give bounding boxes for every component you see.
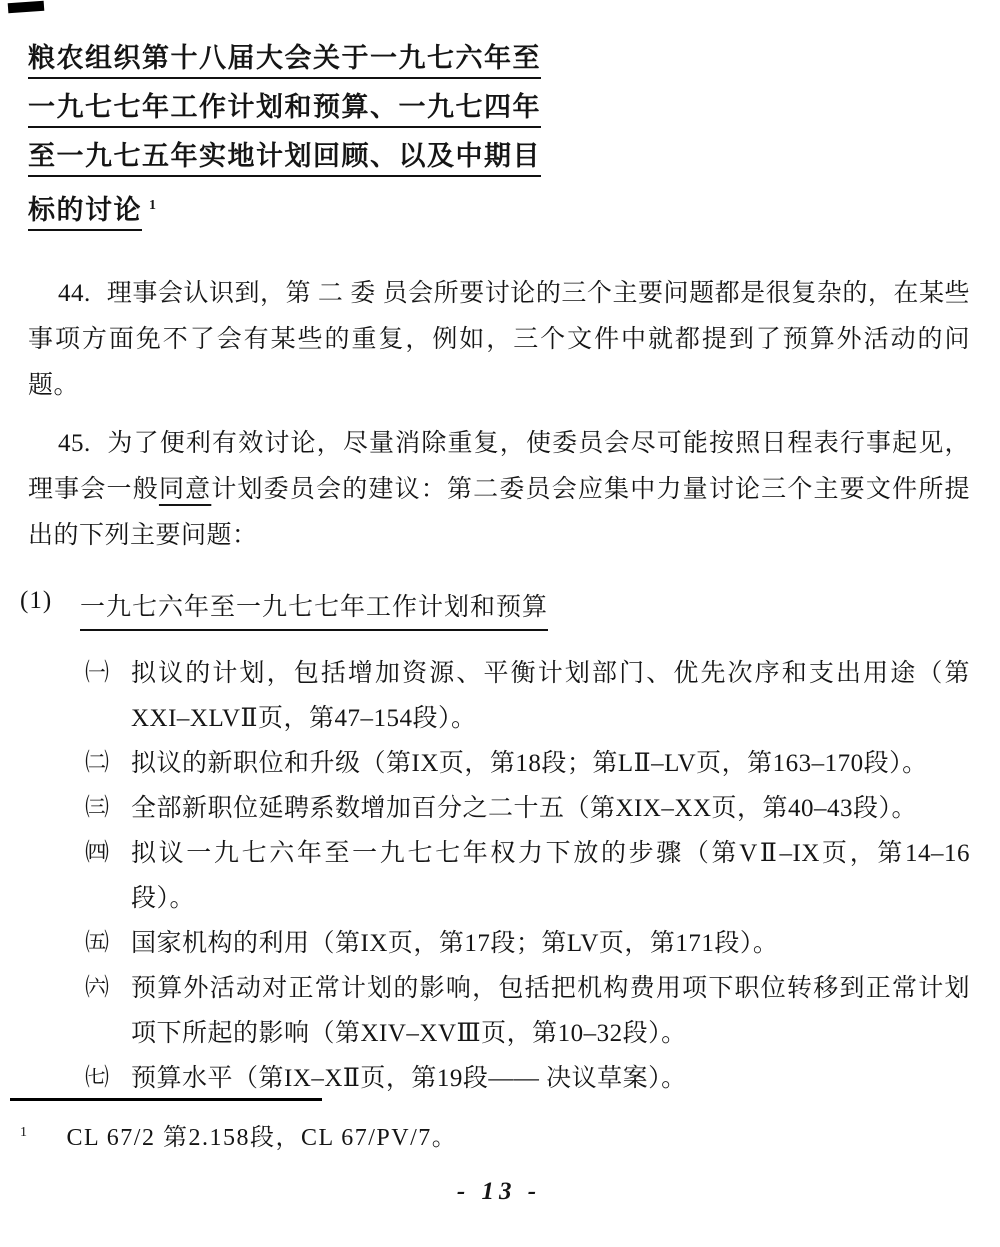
item-text: 拟议一九七六年至一九七七年权力下放的步骤（第VⅡ–IX页，第14–16段）。 [131,831,970,921]
list-item: ㈦ 预算水平（第IX–XⅡ页，第19段—— 决议草案）。 [85,1056,970,1101]
item-marker: ㈠ [85,651,131,741]
page-number: - 13 - [28,1178,970,1206]
item-marker: ㈤ [85,921,131,966]
footnote-separator-rule [10,1098,322,1101]
heading-line-text: 粮农组织第十八届大会关于一九七六年至 [28,43,541,79]
heading-line: 至一九七五年实地计划回顾、以及中期目 [28,132,970,181]
list-item-1-heading: (1) 一九七六年至一九七七年工作计划和预算 [28,587,970,631]
paragraph-number: 44. [58,280,91,307]
list-title: 一九七六年至一九七七年工作计划和预算 [80,587,548,631]
underlined-word: 同意 [159,476,211,503]
heading-line: 粮农组织第十八届大会关于一九七六年至 [28,34,970,83]
item-text: 拟议的计划，包括增加资源、平衡计划部门、优先次序和支出用途（第XXI–XLVⅡ页… [131,651,970,741]
list-item: ㈣ 拟议一九七六年至一九七七年权力下放的步骤（第VⅡ–IX页，第14–16段）。 [85,831,970,921]
footnote-marker: 1 [20,1125,29,1140]
item-marker: ㈡ [85,741,131,786]
list-number: (1) [20,587,80,631]
paragraph-text: 理事会认识到，第 二 委 员会所要讨论的三个主要问题都是很复杂的，在某些事项方面… [28,280,970,399]
item-marker: ㈢ [85,786,131,831]
paragraph-45: 45.为了便利有效讨论，尽量消除重复，使委员会尽可能按照日程表行事起见，理事会一… [28,421,970,559]
section-heading: 粮农组织第十八届大会关于一九七六年至 一九七七年工作计划和预算、一九七四年 至一… [28,34,970,235]
list-item: ㈥ 预算外活动对正常计划的影响，包括把机构费用项下职位转移到正常计划项下所起的影… [85,966,970,1056]
heading-line-text: 一九七七年工作计划和预算、一九七四年 [28,92,541,128]
item-text: 拟议的新职位和升级（第IX页，第18段；第LⅡ–LV页，第163–170段）。 [131,741,970,786]
paragraph-number: 45. [58,430,91,457]
item-marker: ㈦ [85,1056,131,1101]
heading-line-text: 标的讨论 [28,195,142,231]
heading-line: 一九七七年工作计划和预算、一九七四年 [28,83,970,132]
item-marker: ㈣ [85,831,131,921]
item-text: 预算水平（第IX–XⅡ页，第19段—— 决议草案）。 [131,1056,970,1101]
sub-item-list: ㈠ 拟议的计划，包括增加资源、平衡计划部门、优先次序和支出用途（第XXI–XLV… [28,651,970,1101]
footnote-text: CL 67/2 第2.158段，CL 67/PV/7。 [67,1125,458,1151]
item-text: 全部新职位延聘系数增加百分之二十五（第XIX–XX页，第40–43段）。 [131,786,970,831]
heading-line: 标的讨论1 [28,181,970,235]
item-text: 国家机构的利用（第IX页，第17段；第LV页，第171段）。 [131,921,970,966]
list-item: ㈠ 拟议的计划，包括增加资源、平衡计划部门、优先次序和支出用途（第XXI–XLV… [85,651,970,741]
page-content: 粮农组织第十八届大会关于一九七六年至 一九七七年工作计划和预算、一九七四年 至一… [0,0,1000,1101]
list-item: ㈡ 拟议的新职位和升级（第IX页，第18段；第LⅡ–LV页，第163–170段）… [85,741,970,786]
page-footer: 1CL 67/2 第2.158段，CL 67/PV/7。 - 13 - [28,1098,970,1206]
paragraph-44: 44.理事会认识到，第 二 委 员会所要讨论的三个主要问题都是很复杂的，在某些事… [28,271,970,409]
footnote-reference: 1 [149,198,158,213]
list-item: ㈢ 全部新职位延聘系数增加百分之二十五（第XIX–XX页，第40–43段）。 [85,786,970,831]
heading-line-text: 至一九七五年实地计划回顾、以及中期目 [28,141,541,177]
footnote: 1CL 67/2 第2.158段，CL 67/PV/7。 [20,1117,970,1152]
item-text: 预算外活动对正常计划的影响，包括把机构费用项下职位转移到正常计划项下所起的影响（… [131,966,970,1056]
list-item: ㈤ 国家机构的利用（第IX页，第17段；第LV页，第171段）。 [85,921,970,966]
item-marker: ㈥ [85,966,131,1056]
document-page: 粮农组织第十八届大会关于一九七六年至 一九七七年工作计划和预算、一九七四年 至一… [0,0,1000,1247]
